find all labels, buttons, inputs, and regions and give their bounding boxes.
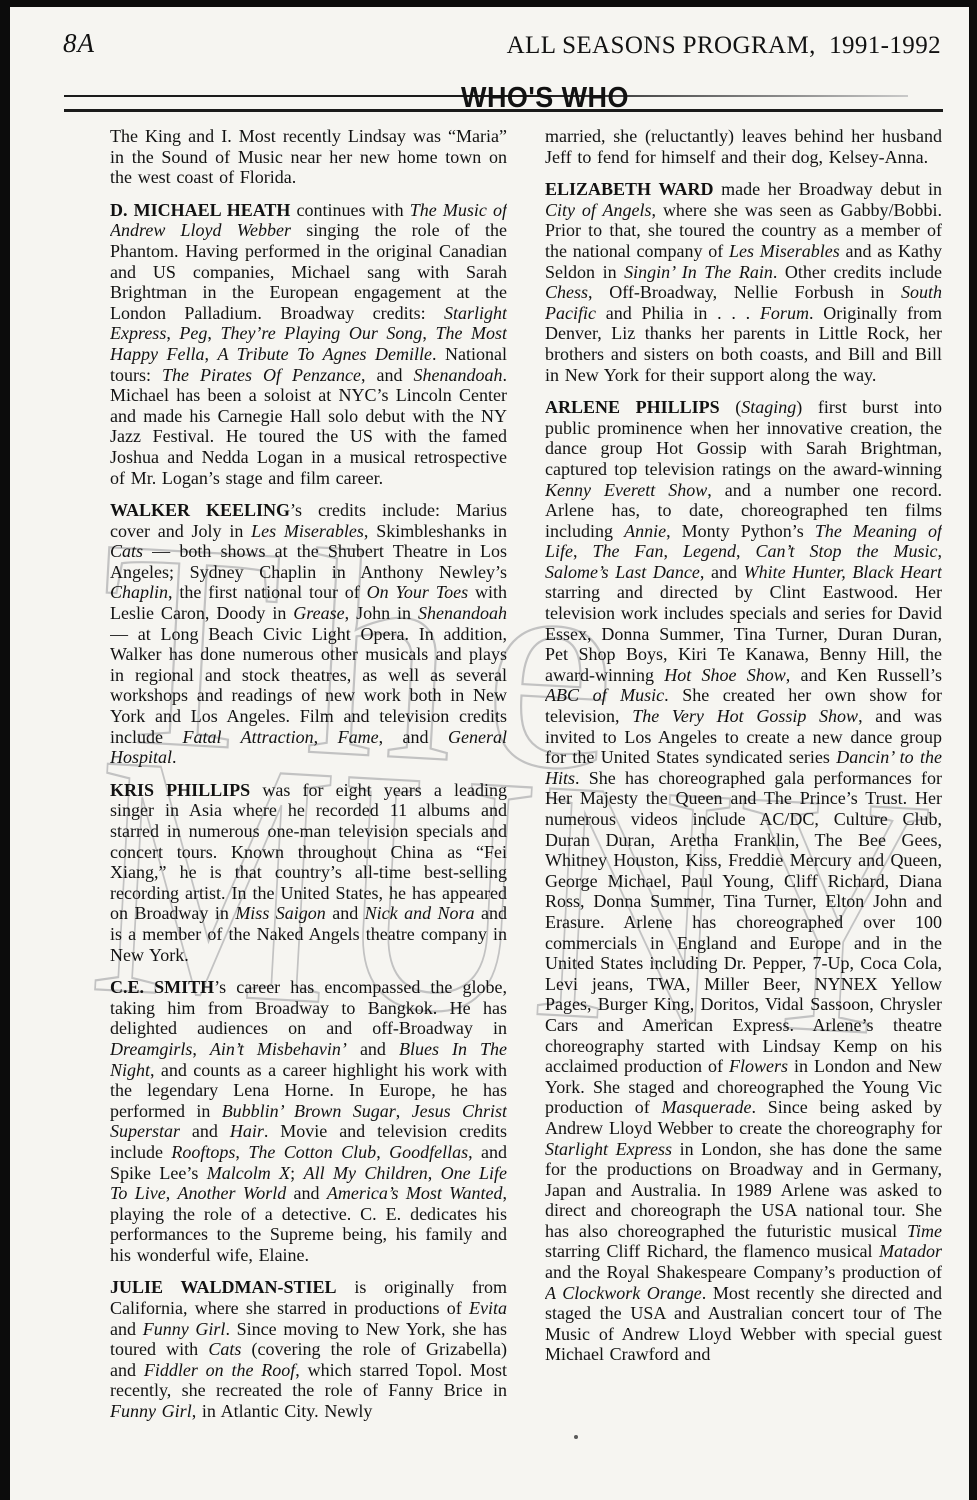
bio-text: , Skimbleshanks in [364, 521, 507, 541]
bio-text: and [347, 1039, 399, 1059]
show-title: Funny Girl [143, 1319, 226, 1339]
show-title: Grease [293, 603, 344, 623]
bio-paragraph: D. MICHAEL HEATH continues with The Musi… [110, 200, 507, 488]
bio-name: C.E. SMITH [110, 977, 214, 997]
bio-text: , [166, 323, 179, 343]
bio-text: and Philia in . . . [596, 303, 760, 323]
show-title: Dreamgirls [110, 1039, 192, 1059]
show-title: Ain’t Misbehavin’ [210, 1039, 347, 1059]
bio-text: ( [720, 397, 742, 417]
show-title: The Very Hot Gossip Show [632, 706, 858, 726]
bio-text: , [207, 323, 220, 343]
show-title: Shenandoah [414, 365, 503, 385]
scan-edge-right [969, 0, 977, 1500]
show-title: They’re Playing Our Song [220, 323, 422, 343]
show-title: Kenny Everett Show [545, 480, 707, 500]
bio-text: , and [361, 365, 414, 385]
bio-text: The King and I. Most recently Lindsay wa… [110, 126, 507, 187]
show-title: All My Children [304, 1163, 428, 1183]
bio-paragraph: C.E. SMITH’s career has encompassed the … [110, 977, 507, 1265]
show-title: Malcolm X [207, 1163, 290, 1183]
show-title: Hair [230, 1121, 264, 1141]
bio-text: starring Cliff Richard, the flamenco mus… [545, 1241, 879, 1261]
bio-paragraph: The King and I. Most recently Lindsay wa… [110, 126, 507, 188]
bio-text: , [938, 541, 943, 561]
show-title: America’s Most Wanted [327, 1183, 503, 1203]
show-title: Chaplin [110, 582, 168, 602]
bio-text: , Monty Python’s [666, 521, 815, 541]
bio-text: , [376, 1142, 389, 1162]
show-title: A Tribute To Agnes Demille [217, 344, 432, 364]
show-title: Masquerade [662, 1097, 752, 1117]
bio-text: , [664, 541, 684, 561]
bio-paragraph: WALKER KEELING’s credits include: Marius… [110, 500, 507, 768]
bio-text: , [428, 1163, 441, 1183]
bio-text: and the Royal Shakespeare Company’s prod… [545, 1262, 942, 1282]
bio-text: ; [290, 1163, 303, 1183]
bio-text: continues with [290, 200, 409, 220]
bio-text: , [166, 1183, 178, 1203]
bio-text: , [192, 1039, 210, 1059]
bio-text: , [314, 727, 338, 747]
show-title: Flowers [729, 1056, 788, 1076]
bio-name: KRIS PHILLIPS [110, 780, 250, 800]
bio-name: ELIZABETH WARD [545, 179, 713, 199]
bio-name: JULIE WALDMAN-STIEL [110, 1277, 337, 1297]
show-title: Starlight Express [545, 1139, 672, 1159]
bio-text: , in Atlantic City. Newly [192, 1401, 373, 1421]
show-title: Salome’s Last Dance [545, 562, 700, 582]
show-title: A Clockwork Orange [545, 1283, 702, 1303]
show-title: ABC of Music [545, 685, 664, 705]
bio-text: . [172, 747, 177, 767]
show-title: Les Miserables [729, 241, 840, 261]
right-column: married, she (reluctantly) leaves behind… [545, 126, 942, 1456]
show-title: Matador [879, 1241, 942, 1261]
show-title: Cats [110, 541, 143, 561]
bio-name: D. MICHAEL HEATH [110, 200, 290, 220]
show-title: Legend [683, 541, 736, 561]
bio-text: , Off-Broadway, Nellie Forbush in [588, 282, 901, 302]
scan-edge-top [0, 0, 977, 7]
left-column: The King and I. Most recently Lindsay wa… [110, 126, 507, 1456]
bio-paragraph: ARLENE PHILLIPS (Staging) first burst in… [545, 397, 942, 1365]
show-title: White Hunter, Black Heart [744, 562, 942, 582]
show-title: Goodfellas [389, 1142, 468, 1162]
show-title: On Your Toes [367, 582, 468, 602]
bio-paragraph: JULIE WALDMAN-STIEL is originally from C… [110, 1277, 507, 1421]
show-title: Fiddler on the Roof [144, 1360, 295, 1380]
bio-paragraph: KRIS PHILLIPS was for eight years a lead… [110, 780, 507, 965]
show-title: Evita [469, 1298, 507, 1318]
program-title: ALL SEASONS PROGRAM, 1991-1992 [507, 32, 941, 60]
scan-edge-left [0, 0, 10, 1500]
show-title: Fame [338, 727, 379, 747]
show-title: Nick and Nora [365, 903, 475, 923]
bio-text: , the first national tour of [168, 582, 367, 602]
bio-text: , [396, 1101, 412, 1121]
show-title: Another World [178, 1183, 287, 1203]
show-title: Time [907, 1221, 942, 1241]
show-title: Miss Saigon [235, 903, 325, 923]
bio-text: , [573, 541, 593, 561]
show-title: Shenandoah [418, 603, 507, 623]
bio-text: , and [700, 562, 744, 582]
program-page: 8A ALL SEASONS PROGRAM, 1991-1992 WHO'S … [0, 0, 977, 1500]
show-title: Fatal Attraction [182, 727, 313, 747]
bio-text: . Other credits include [773, 262, 942, 282]
bio-name: ARLENE PHILLIPS [545, 397, 720, 417]
show-title: Peg [179, 323, 207, 343]
bio-text: and [110, 1319, 143, 1339]
bio-name: WALKER KEELING [110, 500, 290, 520]
bio-text: , John in [345, 603, 418, 623]
show-title: Bubblin’ Brown Sugar [222, 1101, 396, 1121]
show-title: Hot Shoe Show [664, 665, 786, 685]
show-title: Forum [760, 303, 809, 323]
show-title: Rooftops [171, 1142, 235, 1162]
show-title: The Cotton Club [248, 1142, 376, 1162]
page-title: WHO'S WHO [140, 82, 949, 115]
bio-text: and [286, 1183, 327, 1203]
bio-text: . She has choreographed gala performance… [545, 768, 942, 1076]
scan-speck [574, 1435, 578, 1439]
bio-text: — both shows at the Shubert Theatre in L… [110, 541, 507, 582]
show-title: Funny Girl [110, 1401, 192, 1421]
bio-text: , and Ken Russell’s [786, 665, 942, 685]
show-title: Chess [545, 282, 588, 302]
bio-text: made her Broadway debut in [713, 179, 942, 199]
bio-text: and [180, 1121, 230, 1141]
show-title: Singin’ In The Rain [624, 262, 773, 282]
bio-text: and [326, 903, 365, 923]
show-title: Can’t Stop the Music [756, 541, 938, 561]
bio-text: , and [379, 727, 448, 747]
page-number: 8A [63, 28, 95, 59]
bio-text: was for eight years a leading singer in … [110, 780, 507, 924]
show-title: Annie [624, 521, 666, 541]
bio-text: , [235, 1142, 248, 1162]
bio-paragraph: ELIZABETH WARD made her Broadway debut i… [545, 179, 942, 385]
show-title: The Pirates Of Penzance [162, 365, 361, 385]
show-title: Staging [741, 397, 796, 417]
bio-paragraph: married, she (reluctantly) leaves behind… [545, 126, 942, 167]
bio-text: , [204, 344, 217, 364]
show-title: City of Angels [545, 200, 652, 220]
show-title: Cats [208, 1339, 241, 1359]
show-title: Les Miserables [251, 521, 364, 541]
bio-text: , [736, 541, 756, 561]
bio-text: , [422, 323, 435, 343]
bio-text: married, she (reluctantly) leaves behind… [545, 126, 942, 167]
show-title: The Fan [593, 541, 664, 561]
